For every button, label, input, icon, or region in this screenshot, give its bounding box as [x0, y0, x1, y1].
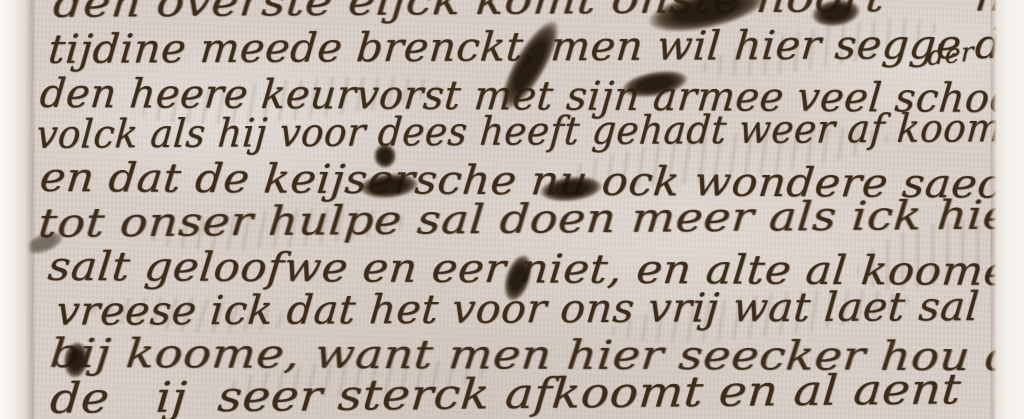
ink-blot [374, 144, 396, 168]
handwriting-insertion: der [927, 39, 974, 70]
handwriting-line-4: volck als hij voor dees heeft gehadt wee… [35, 109, 1020, 155]
handwriting-line-1: den overste eijck komt onste noort hij [52, 0, 1024, 24]
scan-edge-left [0, 0, 36, 419]
scan-edge-right [990, 0, 1024, 419]
handwriting-line-6: tot onser hulpe sal doen meer als ick hi… [37, 196, 1012, 244]
handwriting-line-10: de ij seer sterck afkoomt en al aent [49, 368, 963, 419]
manuscript-scan: den overste eijck komt onste noort hij t… [0, 0, 1024, 419]
